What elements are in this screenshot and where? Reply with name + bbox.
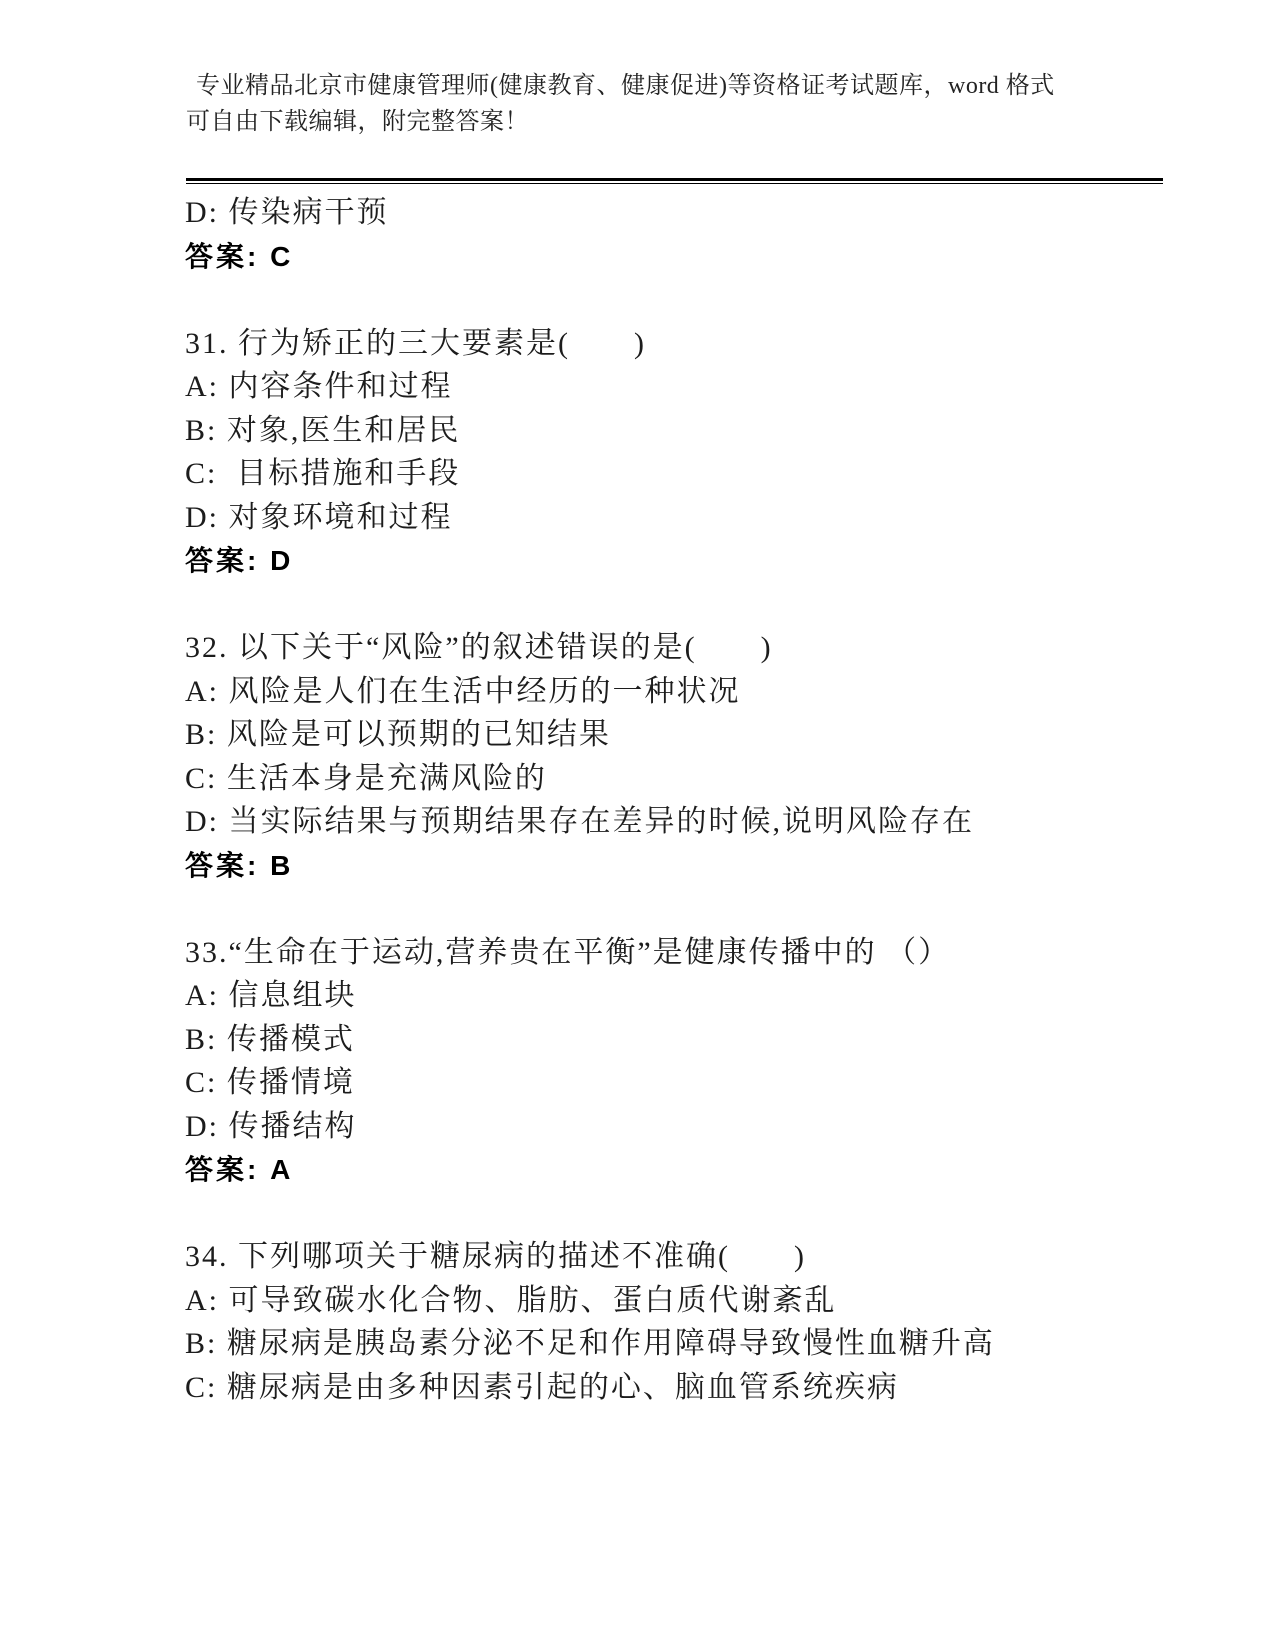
option-line-a: A: 内容条件和过程 [185,365,1165,409]
document-header: 专业精品北京市健康管理师(健康教育、健康促进)等资格证考试题库，word 格式 … [186,68,1163,140]
question-block-30-tail: D: 传染病干预 答案: C [185,191,1165,278]
option-line-a: A: 风险是人们在生活中经历的一种状况 [185,670,1165,714]
option-line-b: B: 糖尿病是胰岛素分泌不足和作用障碍导致慢性血糖升高 [185,1322,1165,1366]
option-line-a: A: 可导致碳水化合物、脂肪、蛋白质代谢紊乱 [185,1279,1165,1323]
question-block-31: 31. 行为矫正的三大要素是( ) A: 内容条件和过程 B: 对象,医生和居民… [185,322,1165,583]
option-line-b: B: 传播模式 [185,1018,1165,1062]
option-line-d: D: 传染病干预 [185,191,1165,235]
option-line-c: C: 传播情境 [185,1061,1165,1105]
option-line-a: A: 信息组块 [185,974,1165,1018]
answer-line: 答案: C [185,235,1165,279]
option-line-c: C: 目标措施和手段 [185,452,1165,496]
option-line-b: B: 风险是可以预期的已知结果 [185,713,1165,757]
option-line-b: B: 对象,医生和居民 [185,409,1165,453]
question-stem: 32. 以下关于“风险”的叙述错误的是( ) [185,626,1165,670]
question-stem: 33.“生命在于运动,营养贵在平衡”是健康传播中的 （） [185,931,1165,975]
option-line-d: D: 传播结构 [185,1105,1165,1149]
option-line-d: D: 当实际结果与预期结果存在差异的时候,说明风险存在 [185,800,1165,844]
header-line-2: 可自由下载编辑，附完整答案！ [186,104,1163,140]
question-stem: 31. 行为矫正的三大要素是( ) [185,322,1165,366]
header-line-1: 专业精品北京市健康管理师(健康教育、健康促进)等资格证考试题库，word 格式 [186,68,1163,104]
document-page: 专业精品北京市健康管理师(健康教育、健康促进)等资格证考试题库，word 格式 … [0,0,1275,1650]
answer-line: 答案: D [185,539,1165,583]
option-line-d: D: 对象环境和过程 [185,496,1165,540]
question-block-34: 34. 下列哪项关于糖尿病的描述不准确( ) A: 可导致碳水化合物、脂肪、蛋白… [185,1235,1165,1409]
option-line-c: C: 糖尿病是由多种因素引起的心、脑血管系统疾病 [185,1366,1165,1410]
question-stem: 34. 下列哪项关于糖尿病的描述不准确( ) [185,1235,1165,1279]
answer-line: 答案: B [185,844,1165,888]
answer-line: 答案: A [185,1148,1165,1192]
option-line-c: C: 生活本身是充满风险的 [185,757,1165,801]
question-list: D: 传染病干预 答案: C 31. 行为矫正的三大要素是( ) A: 内容条件… [185,180,1165,1409]
question-block-32: 32. 以下关于“风险”的叙述错误的是( ) A: 风险是人们在生活中经历的一种… [185,626,1165,887]
question-block-33: 33.“生命在于运动,营养贵在平衡”是健康传播中的 （） A: 信息组块 B: … [185,931,1165,1192]
